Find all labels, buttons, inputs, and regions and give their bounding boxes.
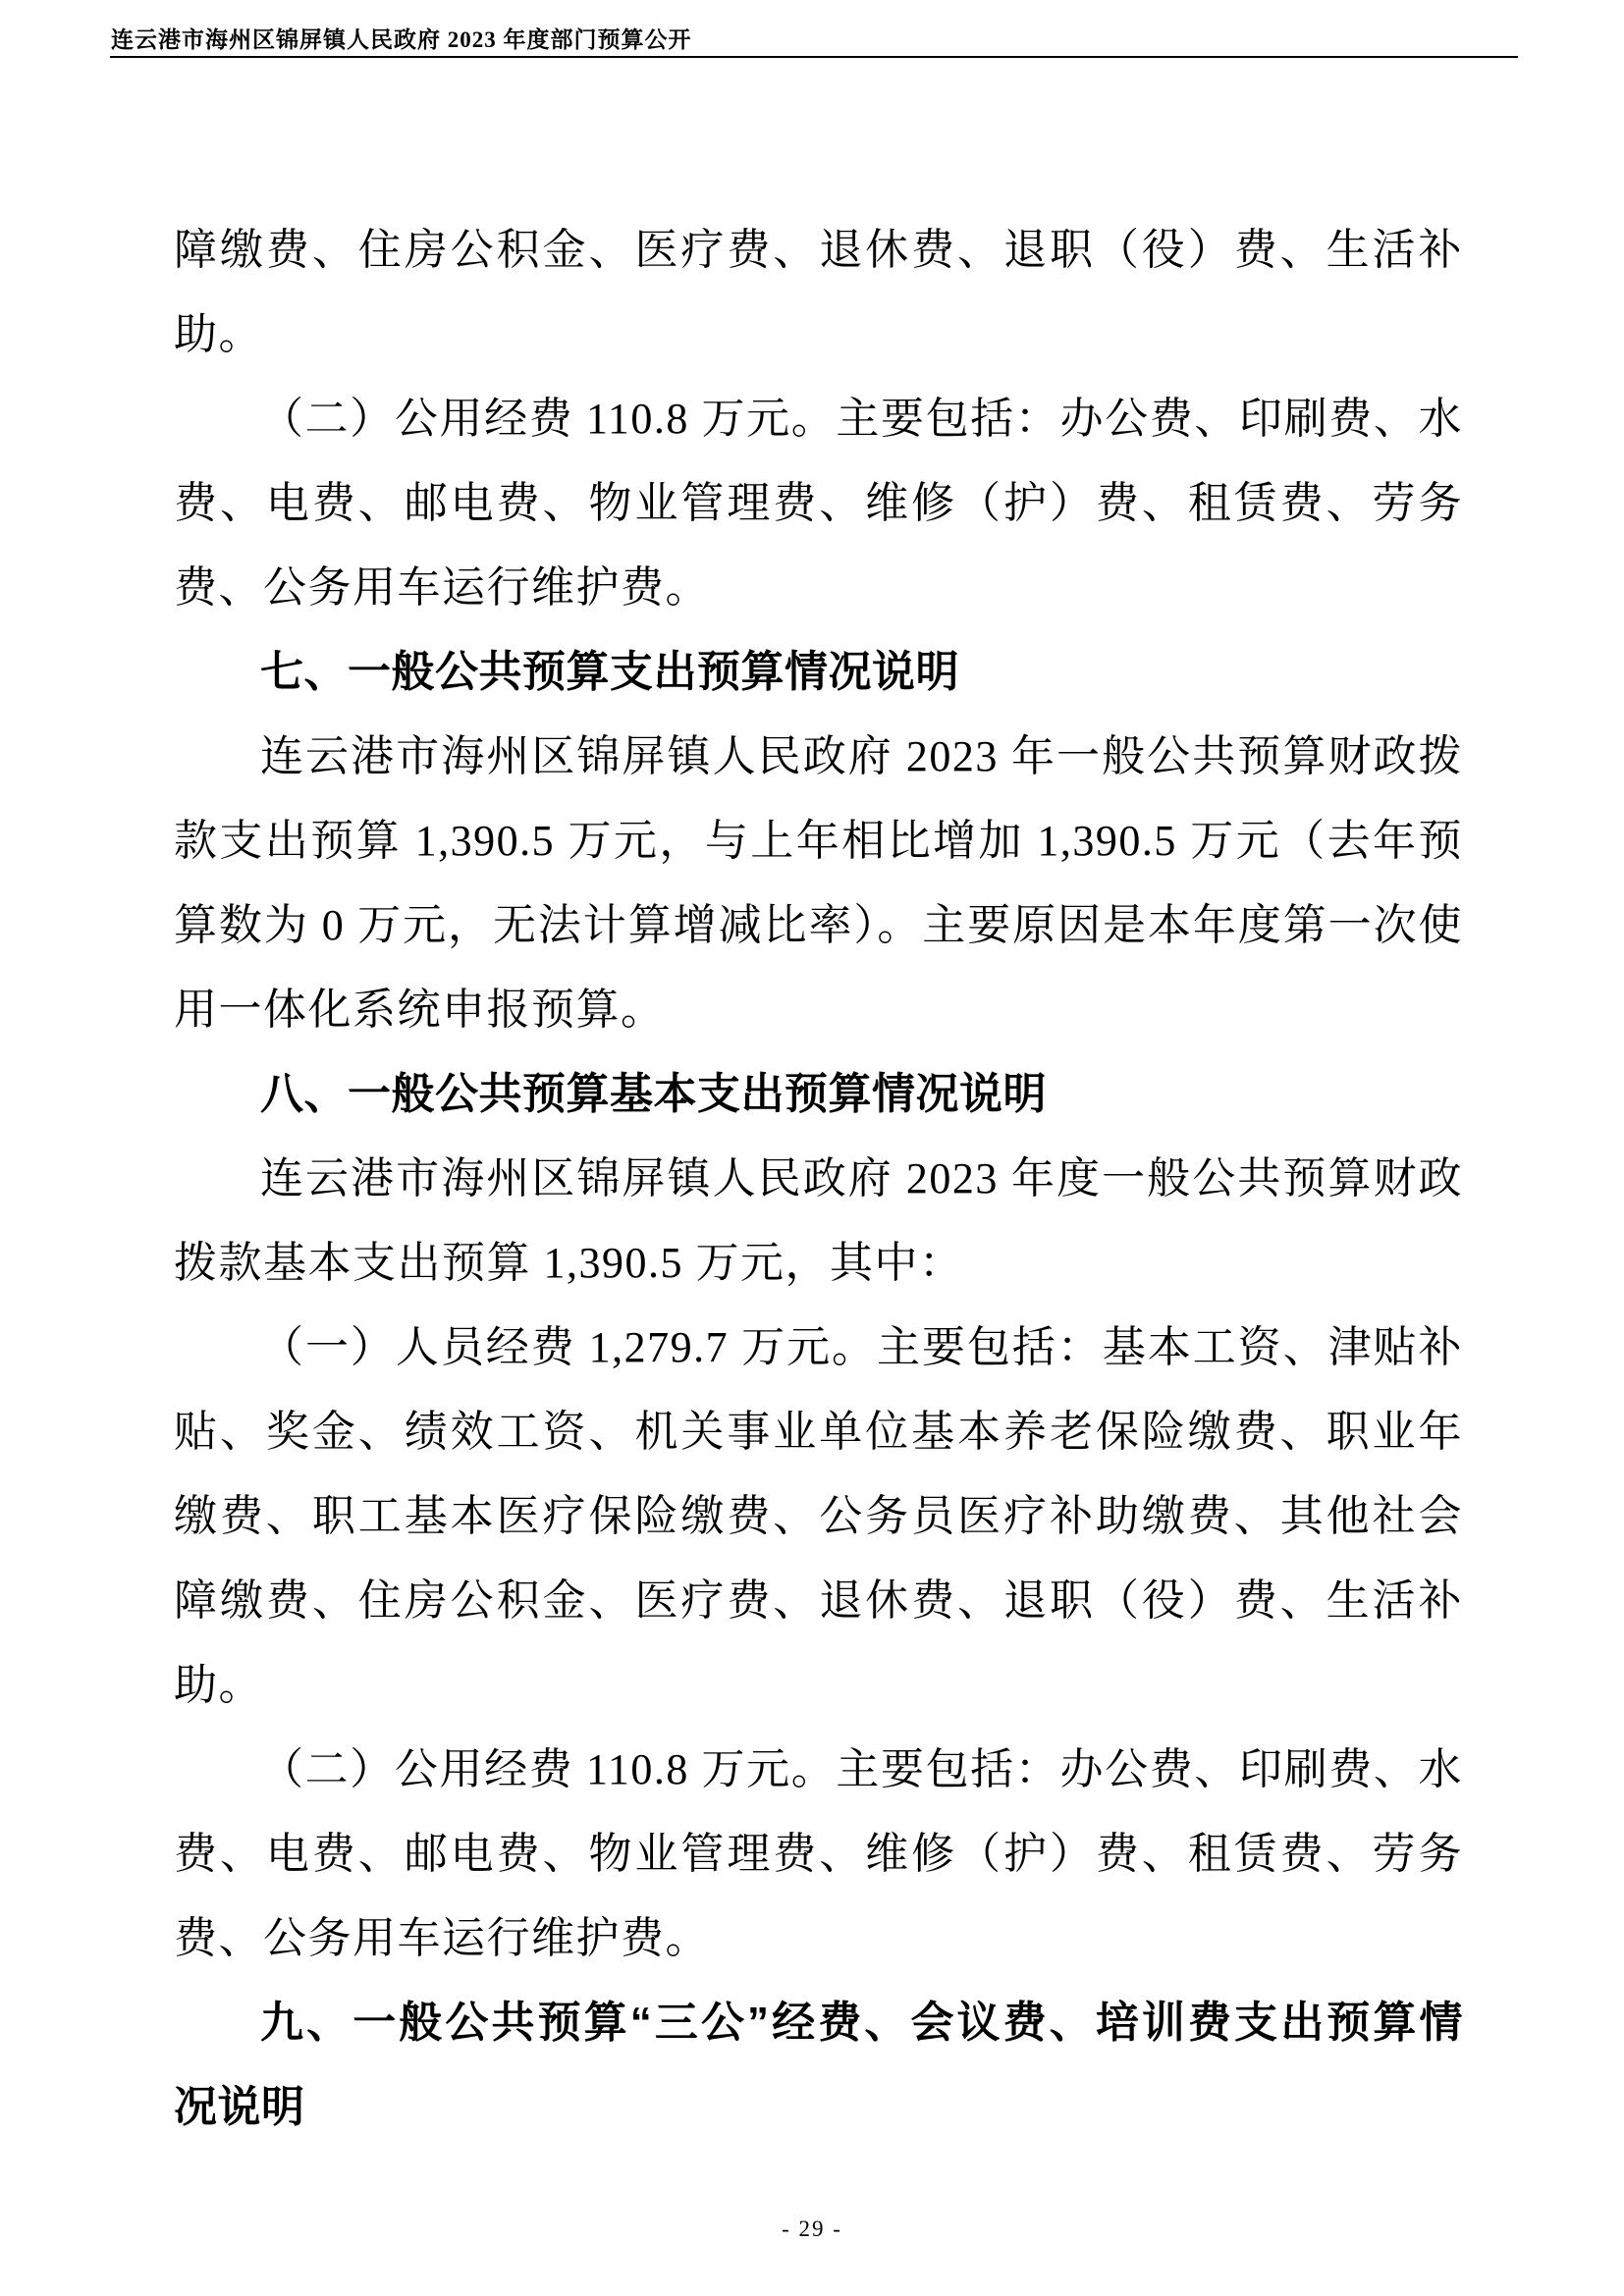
body-line: 算数为 0 万元，无法计算增减比率）。主要原因是本年度第一次使 <box>174 883 1463 968</box>
heading-section-9-line-2: 况说明 <box>174 2065 1463 2150</box>
body-line: 障缴费、住房公积金、医疗费、退休费、退职（役）费、生活补 <box>174 1559 1463 1643</box>
body-line: 助。 <box>174 1643 1463 1728</box>
body-line: 贴、奖金、绩效工资、机关事业单位基本养老保险缴费、职业年金 <box>174 1390 1463 1474</box>
body-line: 费、公务用车运行维护费。 <box>174 546 1463 630</box>
header-divider-line <box>110 56 1518 58</box>
body-line: 款支出预算 1,390.5 万元，与上年相比增加 1,390.5 万元（去年预 <box>174 799 1463 883</box>
page-header-title: 连云港市海州区锦屏镇人民政府 2023 年度部门预算公开 <box>111 22 692 54</box>
body-line: （一）人员经费 1,279.7 万元。主要包括：基本工资、津贴补 <box>174 1306 1463 1390</box>
heading-section-7: 七、一般公共预算支出预算情况说明 <box>174 630 1463 715</box>
body-line: 连云港市海州区锦屏镇人民政府 2023 年一般公共预算财政拨 <box>174 715 1463 799</box>
body-line: （二）公用经费 110.8 万元。主要包括：办公费、印刷费、水 <box>174 377 1463 461</box>
body-line: 用一体化系统申报预算。 <box>174 968 1463 1052</box>
body-line: 拨款基本支出预算 1,390.5 万元，其中： <box>174 1221 1463 1306</box>
heading-section-9-line-1: 九、一般公共预算“三公”经费、会议费、培训费支出预算情 <box>174 1981 1463 2065</box>
body-line: 助。 <box>174 293 1463 377</box>
body-line: 缴费、职工基本医疗保险缴费、公务员医疗补助缴费、其他社会保 <box>174 1474 1463 1559</box>
page-number: - 29 - <box>0 2216 1624 2242</box>
body-line: （二）公用经费 110.8 万元。主要包括：办公费、印刷费、水 <box>174 1728 1463 1812</box>
body-line: 费、公务用车运行维护费。 <box>174 1896 1463 1981</box>
body-line: 费、电费、邮电费、物业管理费、维修（护）费、租赁费、劳务 <box>174 1812 1463 1896</box>
body-line: 费、电费、邮电费、物业管理费、维修（护）费、租赁费、劳务 <box>174 461 1463 546</box>
document-page: 连云港市海州区锦屏镇人民政府 2023 年度部门预算公开 障缴费、住房公积金、医… <box>0 0 1624 2296</box>
body-line: 连云港市海州区锦屏镇人民政府 2023 年度一般公共预算财政 <box>174 1137 1463 1221</box>
body-line: 障缴费、住房公积金、医疗费、退休费、退职（役）费、生活补 <box>174 208 1463 293</box>
heading-section-8: 八、一般公共预算基本支出预算情况说明 <box>174 1052 1463 1137</box>
document-body: 障缴费、住房公积金、医疗费、退休费、退职（役）费、生活补 助。 （二）公用经费 … <box>174 208 1463 2150</box>
